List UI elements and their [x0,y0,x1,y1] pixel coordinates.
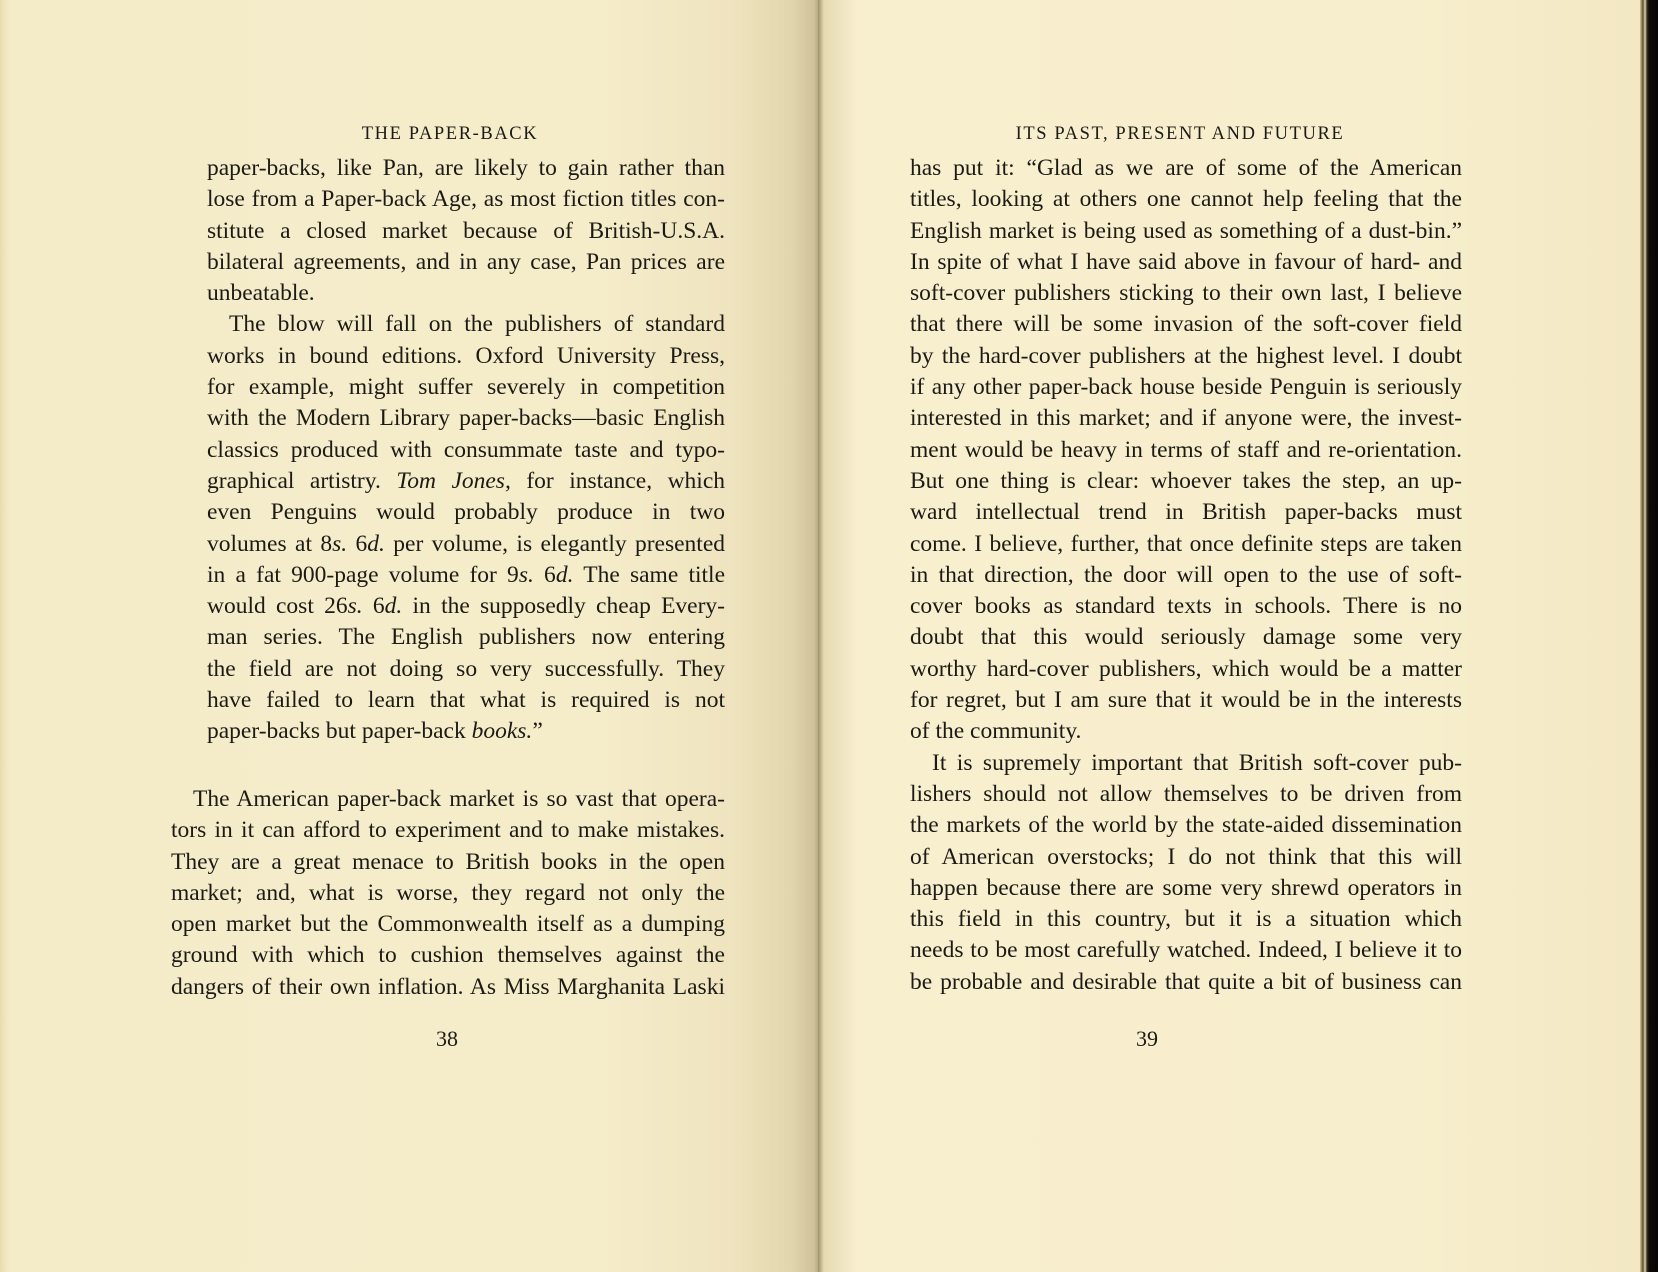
text-line: ground with which to cushion themselves … [171,940,725,971]
text-line: classics produced with consummate taste … [207,435,725,466]
text-line: even Penguins would probably produce in … [207,497,725,528]
left-page-edge [0,0,6,1272]
text-line: The American paper-back market is so vas… [171,784,725,815]
text-line: that there will be some invasion of the … [910,309,1462,340]
text-line: They are a great menace to British books… [171,847,725,878]
text-line: with the Modern Library paper-backs—basi… [207,403,725,434]
body-paragraph-left: The American paper-back market is so vas… [171,784,725,1003]
text-line: stitute a closed market because of Briti… [207,216,725,247]
text-line: lishers should not allow themselves to b… [910,779,1462,810]
left-page: THE PAPER-BACK paper-backs, like Pan, ar… [0,0,818,1272]
text-line: In spite of what I have said above in fa… [910,247,1462,278]
text-line: for regret, but I am sure that it would … [910,685,1462,716]
text-line: tors in it can afford to experiment and … [171,815,725,846]
text-line: man series. The English publishers now e… [207,622,725,653]
page-number-left: 38 [407,1026,487,1052]
text-line: The blow will fall on the publishers of … [207,309,725,340]
text-line: doubt that this would seriously damage s… [910,622,1462,653]
text-line: graphical artistry. Tom Jones, for insta… [207,466,725,497]
text-line: ward intellectual trend in British paper… [910,497,1462,528]
book-spread: THE PAPER-BACK paper-backs, like Pan, ar… [0,0,1658,1272]
italic-text: d. [385,593,403,619]
italic-text: Tom Jones, [396,468,511,494]
text-line: ment would be heavy in terms of staff an… [910,435,1462,466]
text-line: It is supremely important that British s… [910,748,1462,779]
text-line: interested in this market; and if anyone… [910,403,1462,434]
text-line: come. I believe, further, that once defi… [910,529,1462,560]
text-line: have failed to learn that what is requir… [207,685,725,716]
italic-text: s. [332,531,347,557]
page-number-right: 39 [1107,1026,1187,1052]
text-line: if any other paper-back house beside Pen… [910,372,1462,403]
book-cover-edge [1640,0,1658,1272]
text-line: would cost 26s. 6d. in the supposedly ch… [207,591,725,622]
text-line: in that direction, the door will open to… [910,560,1462,591]
text-line: by the hard-cover publishers at the high… [910,341,1462,372]
text-line: the field are not doing so very successf… [207,654,725,685]
text-line: bilateral agreements, and in any case, P… [207,247,725,278]
text-line: unbeatable. [207,278,725,309]
italic-text: s. [348,593,363,619]
text-line: volumes at 8s. 6d. per volume, is elegan… [207,529,725,560]
text-line: the markets of the world by the state-ai… [910,810,1462,841]
right-page: ITS PAST, PRESENT AND FUTURE has put it:… [818,0,1640,1272]
text-line: cover books as standard texts in schools… [910,591,1462,622]
text-line: this field in this country, but it is a … [910,904,1462,935]
text-line: paper-backs but paper-back books.” [207,716,725,747]
italic-text: d. [367,531,385,557]
text-line: soft-cover publishers sticking to their … [910,278,1462,309]
text-line: has put it: “Glad as we are of some of t… [910,153,1462,184]
text-line: paper-backs, like Pan, are likely to gai… [207,153,725,184]
text-line: happen because there are some very shrew… [910,873,1462,904]
text-line: be probable and desirable that quite a b… [910,967,1462,998]
running-head-left: THE PAPER-BACK [300,124,600,145]
italic-text: books. [472,718,533,744]
italic-text: s. [519,562,534,588]
text-line: titles, looking at others one cannot hel… [910,184,1462,215]
text-line: works in bound editions. Oxford Universi… [207,341,725,372]
text-line: English market is being used as somethin… [910,216,1462,247]
text-line: worthy hard-cover publishers, which woul… [910,654,1462,685]
italic-text: d. [556,562,574,588]
text-line: But one thing is clear: whoever takes th… [910,466,1462,497]
text-line: of the community. [910,716,1462,747]
text-line: dangers of their own inflation. As Miss … [171,972,725,1003]
quoted-passage: paper-backs, like Pan, are likely to gai… [207,153,725,748]
text-line: open market but the Commonwealth itself … [171,909,725,940]
text-line: for example, might suffer severely in co… [207,372,725,403]
text-line: of American overstocks; I do not think t… [910,842,1462,873]
text-line: needs to be most carefully watched. Inde… [910,935,1462,966]
body-text-right: has put it: “Glad as we are of some of t… [910,153,1462,998]
running-head-right: ITS PAST, PRESENT AND FUTURE [940,124,1420,145]
text-line: market; and, what is worse, they regard … [171,878,725,909]
text-line: lose from a Paper-back Age, as most fict… [207,184,725,215]
text-line: in a fat 900-page volume for 9s. 6d. The… [207,560,725,591]
